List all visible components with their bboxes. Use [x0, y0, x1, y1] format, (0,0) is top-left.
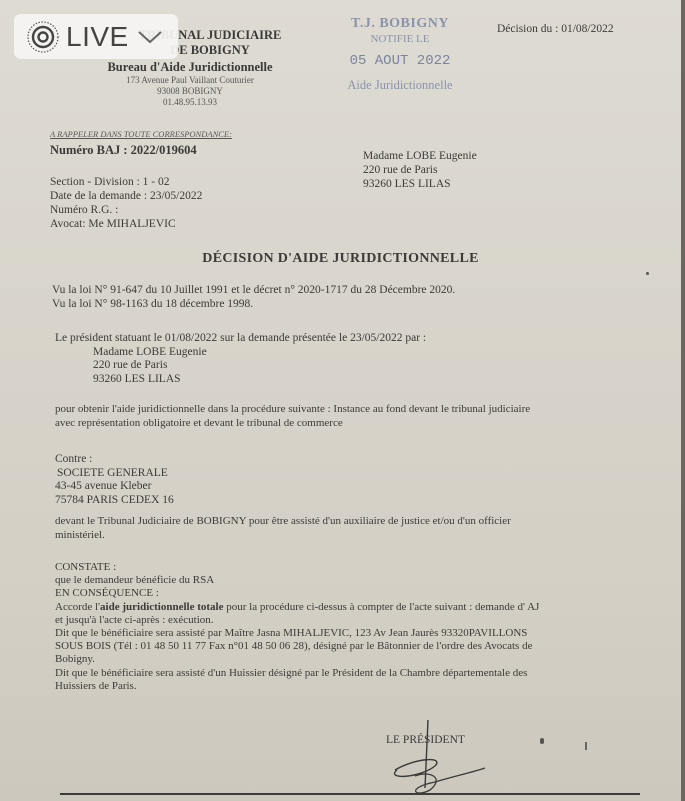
live-photo-badge[interactable]: LIVE: [14, 14, 178, 59]
grant-suffix: pour la procédure ci-dessus à compter de…: [223, 601, 539, 613]
reference-reminder: A RAPPELER DANS TOUTE CORRESPONDANCE:: [50, 129, 232, 139]
document-page: TRIBUNAL JUDICIAIRE DE BOBIGNY Bureau d'…: [0, 0, 681, 801]
bureau-address: 173 Avenue Paul Vaillant Couturier: [85, 75, 295, 85]
procedure-block: pour obtenir l'aide juridictionnelle dan…: [55, 403, 645, 430]
court-assist-line: devant le Tribunal Judiciaire de BOBIGNY…: [55, 515, 645, 529]
stamp-line2: NOTIFIE LE: [330, 33, 470, 45]
court-assist-block: devant le Tribunal Judiciaire de BOBIGNY…: [55, 515, 645, 542]
recipient-street: 220 rue de Paris: [363, 164, 437, 176]
bailiff-line: Huissiers de Paris.: [55, 680, 645, 693]
section-division: Section - Division : 1 - 02: [50, 176, 169, 188]
consequence-label: EN CONSÉQUENCE :: [55, 587, 645, 600]
opponent-street: 43-45 avenue Kleber: [55, 480, 645, 494]
recipient-name: Madame LOBE Eugenie: [363, 150, 477, 162]
decision-date: Décision du : 01/08/2022: [497, 23, 614, 35]
bailiff-line: Dit que le bénéficiaire sera assisté d'u…: [55, 667, 645, 680]
opponent-block: Contre : SOCIETE GENERALE 43-45 avenue K…: [55, 453, 645, 507]
page-edge: [681, 0, 685, 801]
bureau-postal: 93008 BOBIGNY: [85, 86, 295, 96]
signature-scribble-icon: [375, 718, 515, 798]
legal-basis: Vu la loi N° 91-647 du 10 Juillet 1991 e…: [52, 284, 642, 311]
opponent-name: SOCIETE GENERALE: [55, 467, 645, 481]
statement-block: Le président statuant le 01/08/2022 sur …: [55, 332, 645, 386]
constate-label: CONSTATE :: [55, 561, 645, 574]
stamp-line4: Aide Juridictionnelle: [330, 78, 470, 93]
applicant-city: 93260 LES LILAS: [55, 373, 645, 387]
footer-divider: [60, 793, 640, 795]
applicant-name: Madame LOBE Eugenie: [55, 346, 645, 360]
notification-stamp: T.J. BOBIGNY NOTIFIE LE 05 AOUT 2022 Aid…: [330, 16, 470, 93]
document-title: DÉCISION D'AIDE JURIDICTIONNELLE: [0, 251, 681, 267]
legal-basis-line: Vu la loi N° 98-1163 du 18 décembre 1998…: [52, 298, 642, 312]
lawyer-line: SOUS BOIS (Tél : 01 48 50 11 77 Fax n°01…: [55, 640, 645, 653]
opponent-label: Contre :: [55, 453, 645, 467]
recipient-city: 93260 LES LILAS: [363, 178, 451, 190]
ink-mark: [646, 272, 649, 275]
statement-text: Le président statuant le 01/08/2022 sur …: [55, 332, 645, 346]
procedure-line: avec représentation obligatoire et devan…: [55, 417, 645, 431]
live-photo-icon: [26, 20, 60, 54]
grant-line: Accorde l'aide juridictionnelle totale p…: [55, 601, 645, 614]
stamp-line1: T.J. BOBIGNY: [330, 16, 470, 32]
findings-block: CONSTATE : que le demandeur bénéficie du…: [55, 561, 645, 693]
ink-mark: [585, 742, 587, 750]
chevron-down-icon: [137, 29, 163, 45]
baj-number: Numéro BAJ : 2022/019604: [50, 143, 197, 158]
opponent-city: 75784 PARIS CEDEX 16: [55, 494, 645, 508]
grant-bold: aide juridictionnelle totale: [100, 601, 223, 613]
lawyer-line: Bobigny.: [55, 653, 645, 666]
grant-prefix: Accorde l': [55, 601, 100, 613]
ink-mark: [540, 738, 544, 744]
lawyer-line: Dit que le bénéficiaire sera assisté par…: [55, 627, 645, 640]
court-assist-line: ministériel.: [55, 529, 645, 543]
request-date: Date de la demande : 23/05/2022: [50, 190, 202, 202]
procedure-line: pour obtenir l'aide juridictionnelle dan…: [55, 403, 645, 417]
stamp-date: 05 AOUT 2022: [330, 53, 470, 69]
bureau-phone: 01.48.95.13.93: [85, 97, 295, 107]
bureau-name: Bureau d'Aide Juridictionnelle: [85, 60, 295, 75]
rg-number: Numéro R.G. :: [50, 204, 118, 216]
live-label: LIVE: [66, 21, 129, 53]
applicant-street: 220 rue de Paris: [55, 359, 645, 373]
legal-basis-line: Vu la loi N° 91-647 du 10 Juillet 1991 e…: [52, 284, 642, 298]
grant-line2: et jusqu'à l'acte ci-après : exécution.: [55, 614, 645, 627]
constate-text: que le demandeur bénéficie du RSA: [55, 574, 645, 587]
lawyer-reference: Avocat: Me MIHALJEVIC: [50, 218, 176, 230]
